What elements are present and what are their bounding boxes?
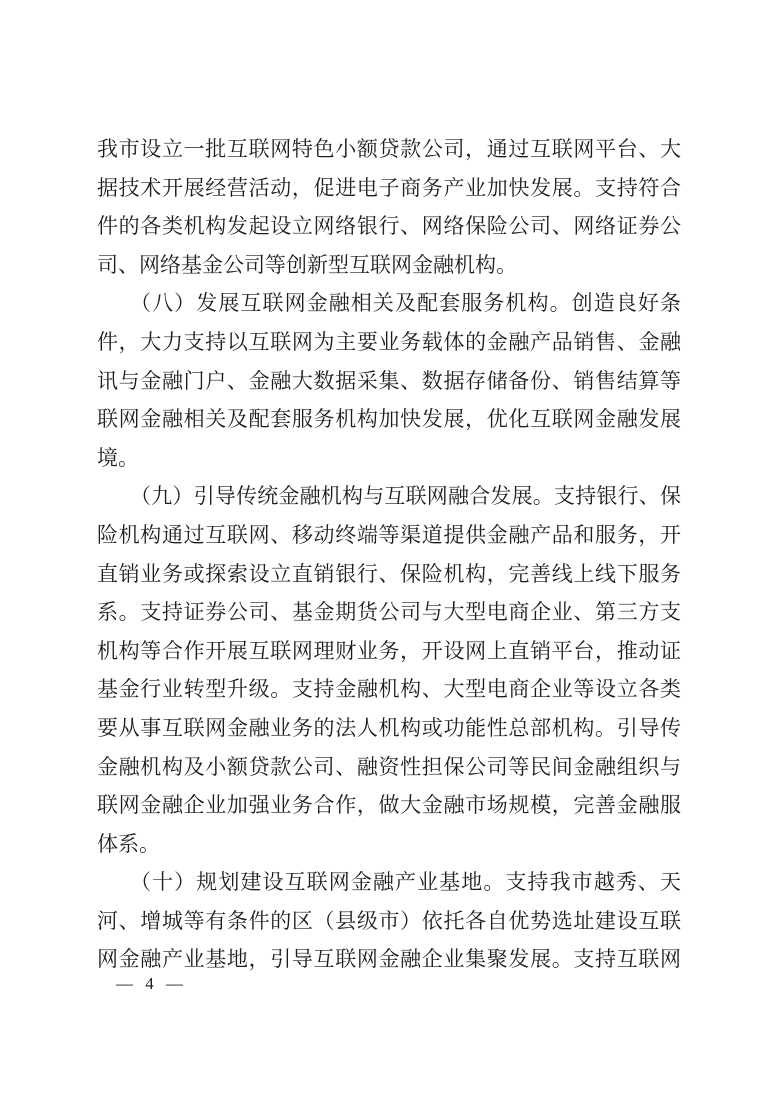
document-page: 我市设立一批互联网特色小额贷款公司，通过互联网平台、大数据技术开展经营活动，促进… (0, 0, 777, 1100)
text-line: 要从事互联网金融业务的法人机构或功能性总部机构。引导传统 (97, 709, 681, 748)
text-line: 我市设立一批互联网特色小额贷款公司，通过互联网平台、大数 (97, 130, 681, 169)
text-line: 境。 (97, 439, 681, 478)
text-line: 机构等合作开展互联网理财业务，开设网上直销平台，推动证券 (97, 632, 681, 671)
text-line: （九）引导传统金融机构与互联网融合发展。支持银行、保 (97, 477, 681, 516)
text-line: 据技术开展经营活动，促进电子商务产业加快发展。支持符合条 (97, 169, 681, 208)
text-line: （八）发展互联网金融相关及配套服务机构。创造良好条 (97, 284, 681, 323)
text-line: 件，大力支持以互联网为主要业务载体的金融产品销售、金融资 (97, 323, 681, 362)
text-line: 联网金融企业加强业务合作，做大金融市场规模，完善金融服务 (97, 786, 681, 825)
text-line: 讯与金融门户、金融大数据采集、数据存储备份、销售结算等互 (97, 362, 681, 401)
text-line: 河、增城等有条件的区（县级市）依托各自优势选址建设互联 (97, 902, 681, 941)
page-number: — 4 — (116, 974, 187, 994)
document-body: 我市设立一批互联网特色小额贷款公司，通过互联网平台、大数据技术开展经营活动，促进… (97, 130, 681, 979)
text-line: 直销业务或探索设立直销银行、保险机构，完善线上线下服务体 (97, 555, 681, 594)
text-line: 金融机构及小额贷款公司、融资性担保公司等民间金融组织与互 (97, 748, 681, 787)
text-line: 司、网络基金公司等创新型互联网金融机构。 (97, 246, 681, 285)
text-line: 件的各类机构发起设立网络银行、网络保险公司、网络证券公 (97, 207, 681, 246)
text-line: 基金行业转型升级。支持金融机构、大型电商企业等设立各类主 (97, 670, 681, 709)
text-line: 联网金融相关及配套服务机构加快发展，优化互联网金融发展环 (97, 400, 681, 439)
text-line: 系。支持证券公司、基金期货公司与大型电商企业、第三方支付 (97, 593, 681, 632)
text-line: 险机构通过互联网、移动终端等渠道提供金融产品和服务，开展 (97, 516, 681, 555)
text-line: （十）规划建设互联网金融产业基地。支持我市越秀、天 (97, 863, 681, 902)
text-line: 体系。 (97, 825, 681, 864)
